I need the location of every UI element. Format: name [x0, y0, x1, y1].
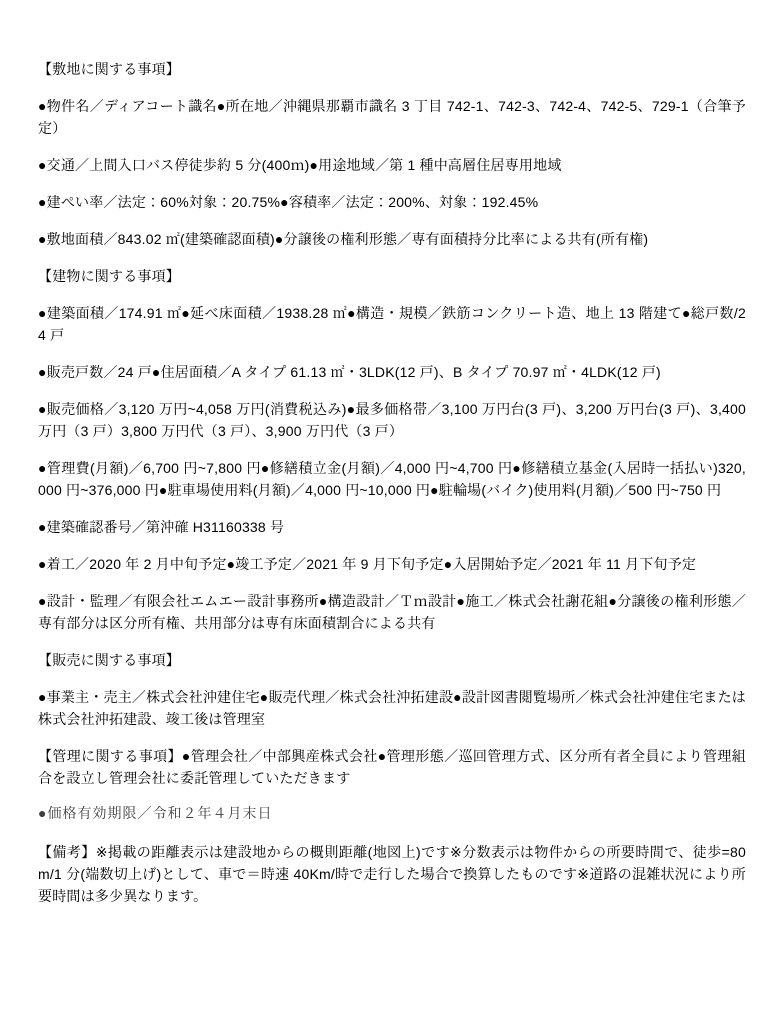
line-coverage-floor-area-ratio: ●建ぺい率／法定：60%対象：20.75%●容積率／法定：200%、対象：192… [38, 191, 746, 213]
line-units-floor-plans: ●販売戸数／24 戸●住居面積／A タイプ 61.13 ㎡・3LDK(12 戸)… [38, 361, 746, 383]
line-design-construction-rights: ●設計・監理／有限会社エムエー設計事務所●構造設計／Ｔｍ設計●施工／株式会社謝花… [38, 590, 746, 634]
line-construction-schedule: ●着工／2020 年 2 月中旬予定●竣工予定／2021 年 9 月下旬予定●入… [38, 553, 746, 575]
line-building-confirmation-number: ●建築確認番号／第沖確 H31160338 号 [38, 516, 746, 538]
line-building-area-structure: ●建築面積／174.91 ㎡●延べ床面積／1938.28 ㎡●構造・規模／鉄筋コ… [38, 302, 746, 346]
heading-sales-section: 【販売に関する事項】 [38, 649, 746, 671]
line-transport-zoning: ●交通／上間入口バス停徒歩約 5 分(400ｍ)●用途地域／第 1 種中高層住居… [38, 154, 746, 176]
line-management-section: 【管理に関する事項】●管理会社／中部興産株式会社●管理形態／巡回管理方式、区分所… [38, 745, 746, 789]
property-overview-document: 【敷地に関する事項】 ●物件名／ディアコート識名●所在地／沖縄県那覇市識名 3 … [0, 0, 784, 1024]
heading-building-section: 【建物に関する事項】 [38, 265, 746, 287]
line-site-area-rights: ●敷地面積／843.02 ㎡(建築確認面積)●分譲後の権利形態／専有面積持分比率… [38, 228, 746, 250]
heading-site-section: 【敷地に関する事項】 [38, 58, 746, 80]
line-management-fees: ●管理費(月額)／6,700 円~7,800 円●修繕積立金(月額)／4,000… [38, 457, 746, 501]
line-property-name-location: ●物件名／ディアコート識名●所在地／沖縄県那覇市識名 3 丁目 742-1、74… [38, 95, 746, 139]
line-remarks: 【備考】※掲載の距離表示は建設地からの概則距離(地図上)です※分数表示は物件から… [38, 841, 746, 907]
line-price-validity-period: ●価格有効期限／令和２年４月末日 [38, 804, 746, 826]
line-sale-price-range: ●販売価格／3,120 万円~4,058 万円(消費税込み)●最多価格帯／3,1… [38, 398, 746, 442]
line-seller-sales-agent: ●事業主・売主／株式会社沖建住宅●販売代理／株式会社沖拓建設●設計図書閲覧場所／… [38, 686, 746, 730]
